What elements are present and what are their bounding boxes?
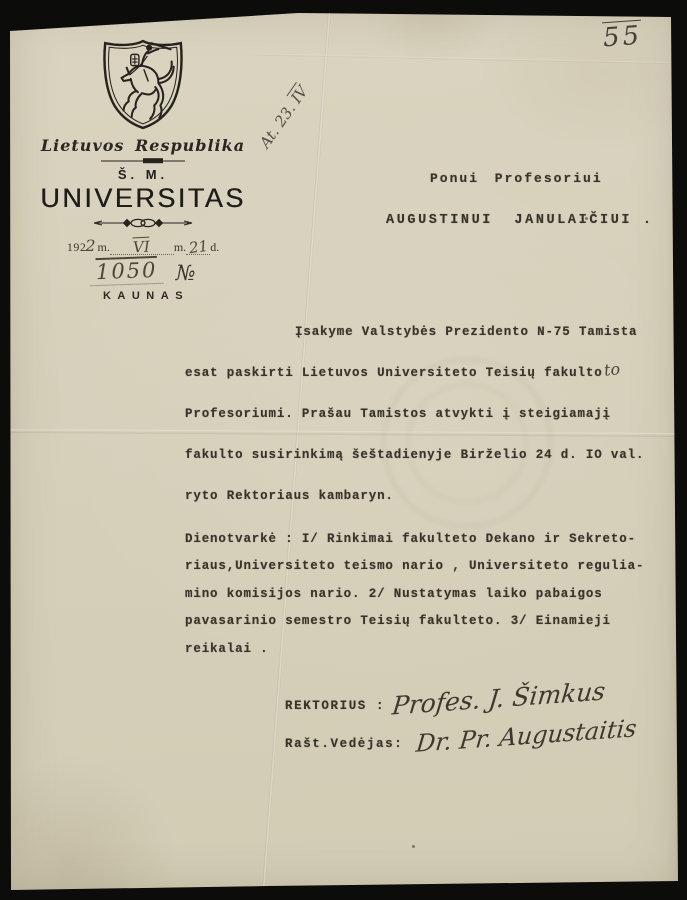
pencil-annotation-text: At. 23. xyxy=(256,100,299,151)
date-line: 1922 m. VI m. 21 d. xyxy=(38,236,248,255)
city-name: KAUNAS xyxy=(38,290,248,302)
rule-ornament-icon xyxy=(101,157,185,165)
body-line: Dienotvarkė : I/ Rinkimai fakulteto Deka… xyxy=(185,530,665,557)
rector-signature: Profes. J. Šimkus xyxy=(391,676,607,720)
pencil-annotation: At. 23. IV xyxy=(256,83,312,152)
org-name: UNIVERSITAS xyxy=(38,183,248,214)
body-line: mino komisijos nario. 2/ Nustatymas laik… xyxy=(185,585,665,612)
day-label: d. xyxy=(210,240,219,255)
printed-year-prefix: 192 xyxy=(67,240,87,255)
recipient-title: Ponui Profesoriui xyxy=(430,171,603,186)
body-line: ryto Rektoriaus kambaryn. xyxy=(185,486,665,527)
body-line: Įsakyme Valstybės Prezidento N-75 Tamist… xyxy=(185,322,665,363)
pencil-annotation-month: IV xyxy=(287,83,311,107)
recipient-name: AUGUSTINUI JANULAIČIUI . xyxy=(386,213,654,228)
body-paragraph-1: Įsakyme Valstybės Prezidento N-75 Tamist… xyxy=(185,322,665,527)
document-number-line: 1050 № xyxy=(38,259,248,285)
vytis-coat-of-arms-icon xyxy=(97,36,189,130)
republic-name: Lietuvos Respublika xyxy=(38,136,248,155)
body-line: pavasarinio semestro Teisių fakulteto. 3… xyxy=(185,612,665,639)
body-line: Profesoriumi. Prašau Tamistos atvykti į … xyxy=(185,404,665,445)
day-blank: 21 xyxy=(186,236,210,255)
top-fold-crease xyxy=(255,53,687,64)
numero-sign: № xyxy=(176,261,196,285)
letterhead: Lietuvos Respublika Š. M. UNIVERSITAS xyxy=(38,36,248,302)
handwritten-year-digit: 2 xyxy=(85,236,95,255)
month-blank: VI xyxy=(110,236,174,255)
body-line: esat paskirti Lietuvos Universiteto Teis… xyxy=(185,363,665,404)
secretary-label: Rašt.Vedėjas: xyxy=(285,737,403,751)
scan-background: Lietuvos Respublika Š. M. UNIVERSITAS xyxy=(0,0,687,900)
document-page: Lietuvos Respublika Š. M. UNIVERSITAS xyxy=(0,0,687,900)
month-label-2: m. xyxy=(174,240,186,255)
handwritten-doc-number: 1050 xyxy=(90,258,164,287)
body-paragraph-2: Dienotvarkė : I/ Rinkimai fakulteto Deka… xyxy=(185,530,665,667)
archive-page-number: 55 xyxy=(602,21,643,54)
handwritten-day: 21 xyxy=(187,237,208,257)
org-abbreviation: Š. M. xyxy=(38,167,248,182)
ink-speck xyxy=(585,217,588,220)
secretary-signature: Dr. Pr. Augustaitis xyxy=(415,714,638,758)
month-label: m. xyxy=(98,240,110,255)
ink-speck xyxy=(412,845,415,848)
handwritten-correction: to xyxy=(603,359,621,380)
body-line: reikalai . xyxy=(185,640,665,667)
handwritten-month: VI xyxy=(133,238,151,257)
body-line: fakulto susirinkimą šeštadienyje Birželi… xyxy=(185,445,665,486)
rector-label: REKTORIUS : xyxy=(285,699,385,713)
divider-ornament-icon xyxy=(93,217,193,229)
body-line: riaus,Universiteto teismo nario , Univer… xyxy=(185,557,665,584)
